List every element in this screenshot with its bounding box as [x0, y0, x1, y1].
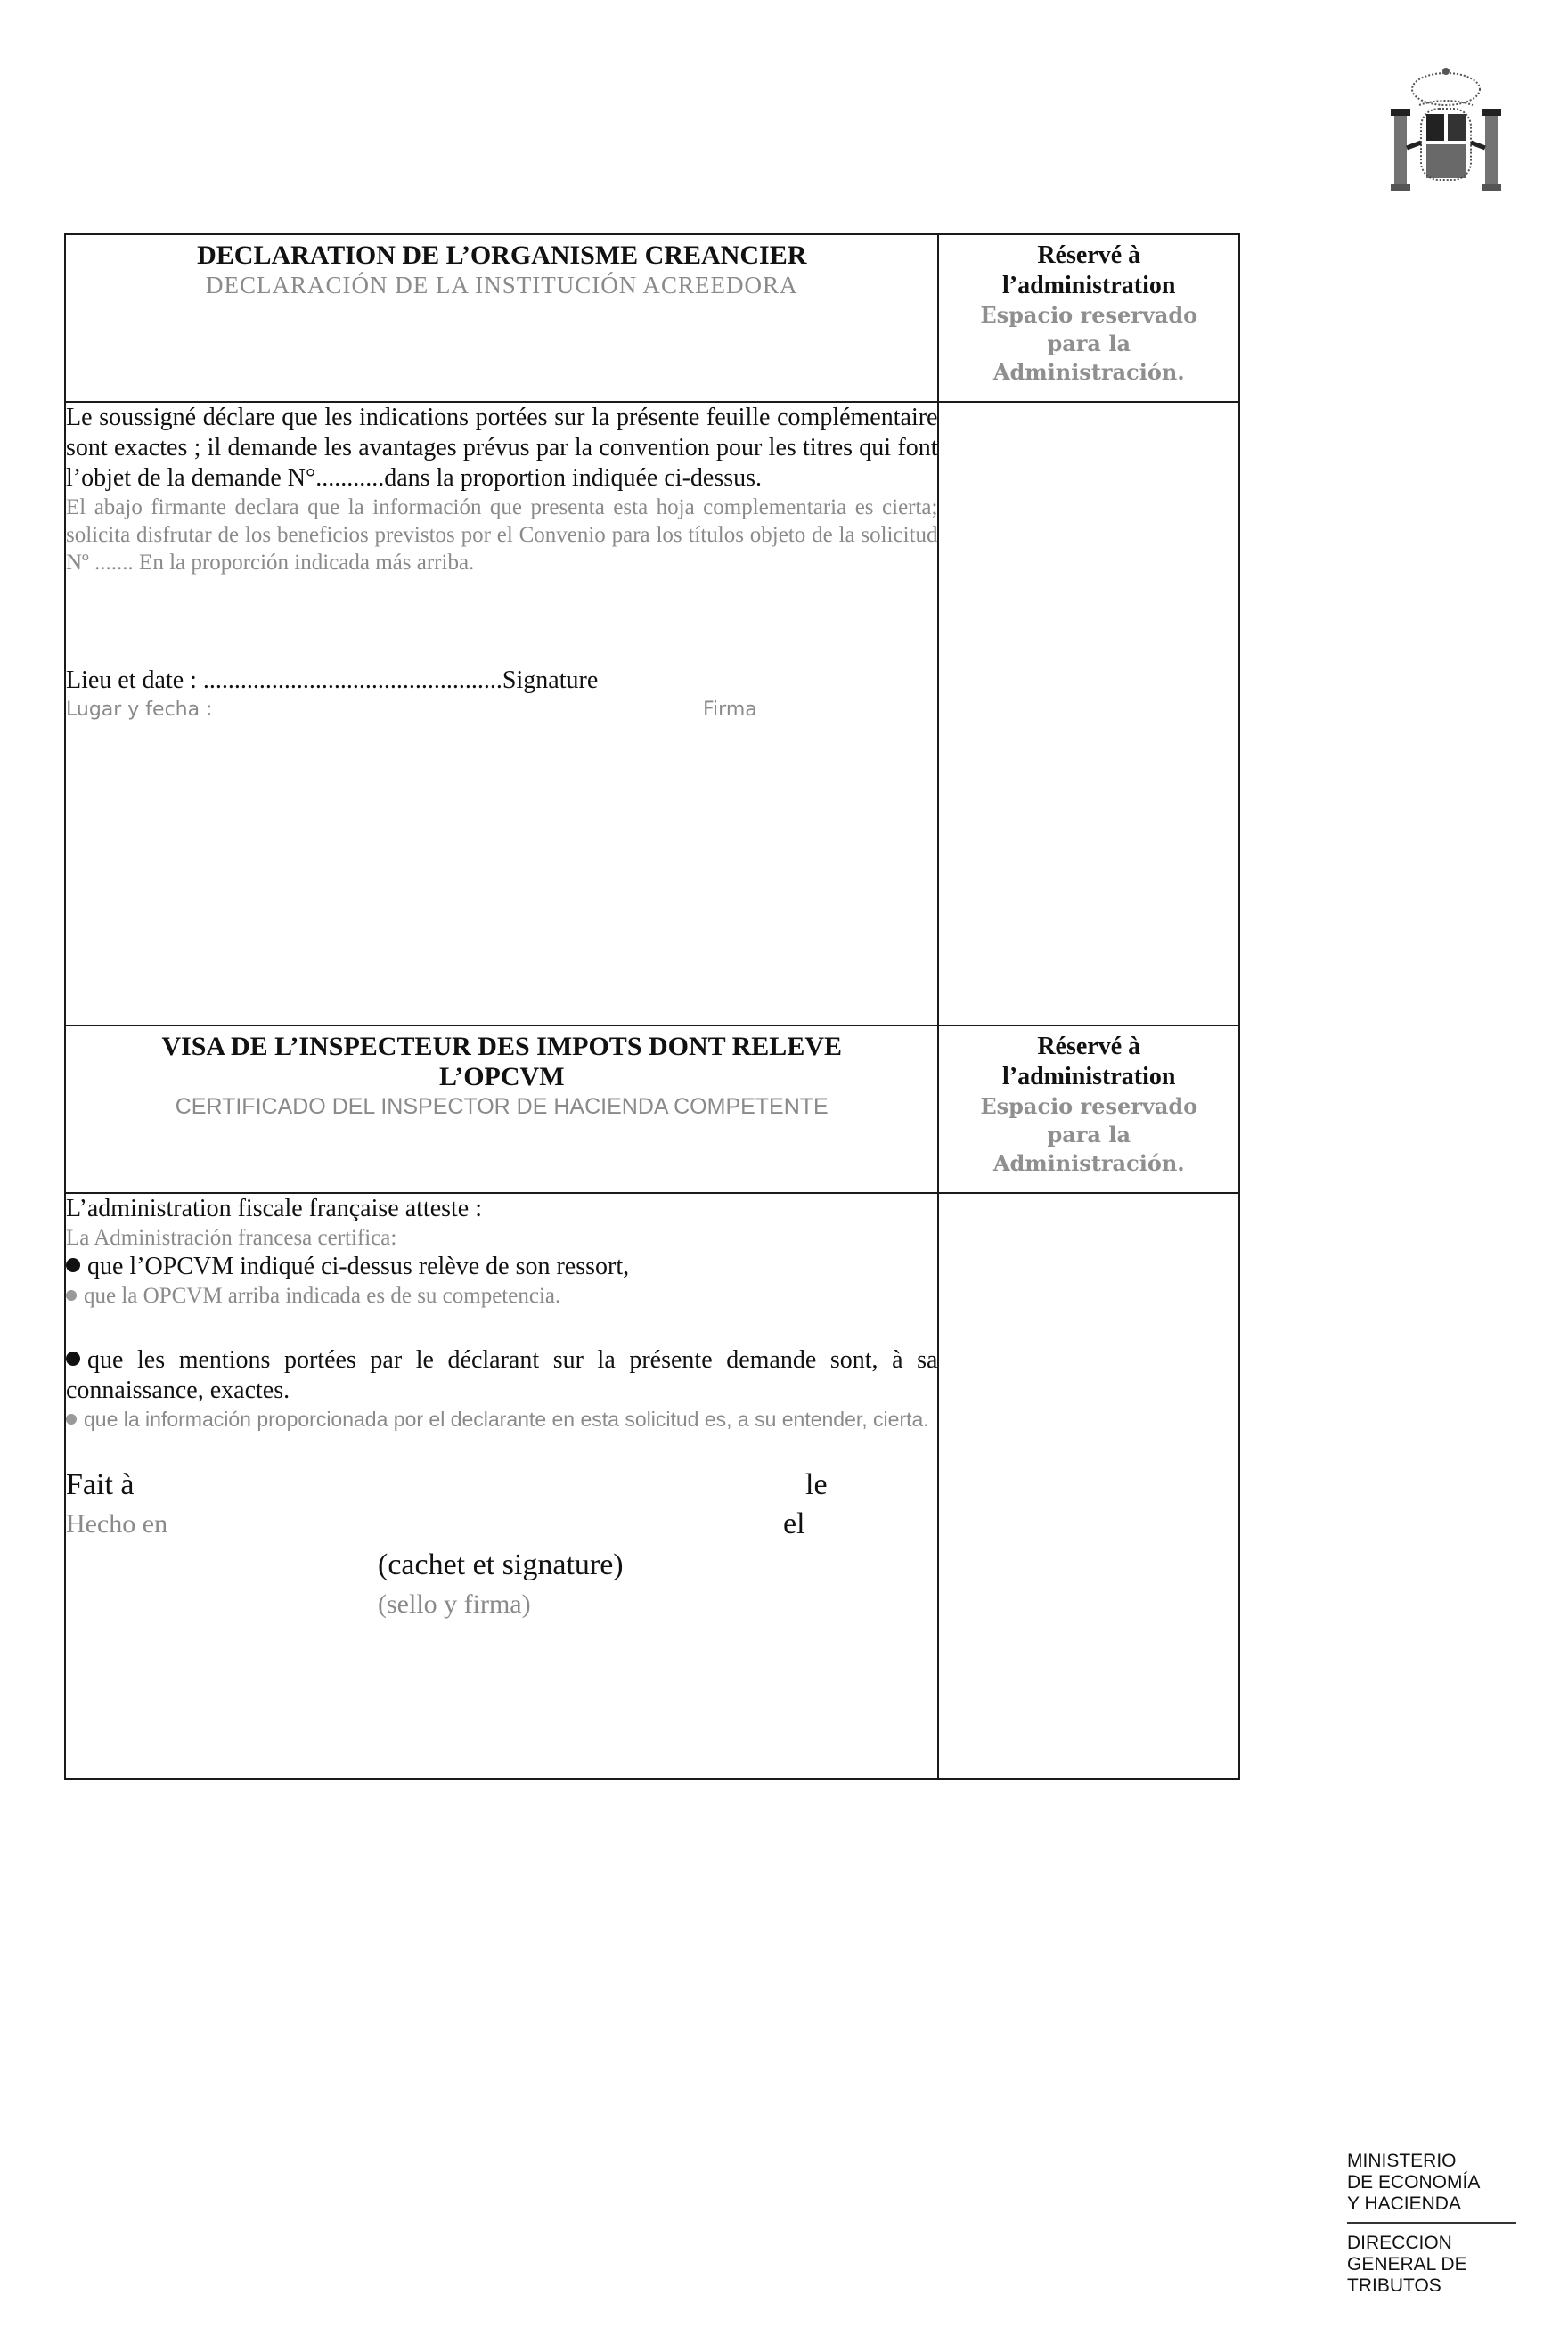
certification-bullet-1-fr: que l’OPCVM indiqué ci-dessus relève de …	[66, 1252, 937, 1282]
department-line-1: DIRECCION	[1347, 2233, 1521, 2254]
place-date-es: Lugar y fecha :	[66, 698, 213, 721]
section1-body-row: Le soussigné déclare que les indications…	[65, 402, 1239, 1025]
admin-reserved-es-3: Administración.	[939, 358, 1238, 387]
certification-intro-fr: L’administration fiscale française attes…	[66, 1194, 937, 1224]
section2-title-cell: VISA DE L’INSPECTEUR DES IMPOTS DONT REL…	[65, 1025, 938, 1193]
bullet-icon	[66, 1352, 80, 1366]
stamp-signature-es: (sello y firma)	[378, 1587, 531, 1622]
certification-bullet-2-es: que la información proporcionada por el …	[66, 1406, 937, 1433]
section1-declaration-cell: Le soussigné déclare que les indications…	[65, 402, 938, 1025]
certification-bullet-2-fr: que les mentions portées par le déclaran…	[66, 1345, 937, 1406]
admin-reserved-es-2: para la	[939, 330, 1238, 358]
bullet-icon	[66, 1414, 77, 1425]
made-at-fr: Fait à	[66, 1467, 134, 1503]
footer-divider	[1347, 2222, 1516, 2224]
stamp-signature-fr: (cachet et signature)	[378, 1548, 624, 1583]
section2-title-es: CERTIFICADO DEL INSPECTOR DE HACIENDA CO…	[66, 1092, 937, 1121]
ministry-line-1: MINISTERIO	[1347, 2151, 1521, 2172]
admin-reserved-es-1: Espacio reservado	[939, 301, 1238, 330]
place-date-label-es: Lugar y fecha : Firma	[66, 696, 937, 724]
section2-body-row: L’administration fiscale française attes…	[65, 1193, 1239, 1779]
section1-title-cell: DECLARATION DE L’ORGANISME CREANCIER DEC…	[65, 234, 938, 402]
section2-admin-cell: Réservé à l’administration Espacio reser…	[938, 1025, 1239, 1193]
ministry-line-2: DE ECONOMÍA	[1347, 2172, 1521, 2193]
department-line-3: TRIBUTOS	[1347, 2275, 1521, 2297]
bullet-icon	[66, 1290, 77, 1301]
section2-title-fr-2: L’OPCVM	[66, 1062, 937, 1092]
certification-bullet-1-es: que la OPCVM arriba indicada es de su co…	[66, 1282, 937, 1310]
section1-header-row: DECLARATION DE L’ORGANISME CREANCIER DEC…	[65, 234, 1239, 402]
admin-reserved-es-1: Espacio reservado	[939, 1092, 1238, 1121]
ministry-line-3: Y HACIENDA	[1347, 2193, 1521, 2215]
place-date-signature-field[interactable]: Lieu et date : .........................…	[66, 666, 937, 696]
admin-reserved-es-3: Administración.	[939, 1149, 1238, 1178]
section2-header-row: VISA DE L’INSPECTEUR DES IMPOTS DONT REL…	[65, 1025, 1239, 1193]
admin-reserved-fr-2: l’administration	[939, 271, 1238, 301]
section2-certification-cell: L’administration fiscale française attes…	[65, 1193, 938, 1779]
declaration-text-es: El abajo firmante declara que la informa…	[66, 494, 937, 576]
declaration-text-fr: Le soussigné déclare que les indications…	[66, 403, 937, 494]
admin-reserved-fr-1: Réservé à	[939, 1032, 1238, 1062]
certification-intro-es: La Administración francesa certifica:	[66, 1224, 937, 1252]
section1-admin-cell: Réservé à l’administration Espacio reser…	[938, 234, 1239, 402]
spain-coat-of-arms-icon	[1384, 62, 1508, 196]
admin-reserved-fr-1: Réservé à	[939, 241, 1238, 271]
place-date-stamp-block: Fait à Hecho en le el (cachet et signatu…	[66, 1467, 937, 1735]
admin-reserved-fr-2: l’administration	[939, 1062, 1238, 1092]
declaration-form-table: DECLARATION DE L’ORGANISME CREANCIER DEC…	[64, 233, 1240, 1780]
date-label-fr: le	[805, 1467, 828, 1503]
made-at-es: Hecho en	[66, 1507, 167, 1542]
date-label-es: el	[783, 1507, 805, 1542]
section1-admin-reserved-area	[938, 402, 1239, 1025]
admin-reserved-es-2: para la	[939, 1121, 1238, 1149]
section2-title-fr-1: VISA DE L’INSPECTEUR DES IMPOTS DONT REL…	[66, 1032, 937, 1062]
ministry-footer: MINISTERIO DE ECONOMÍA Y HACIENDA DIRECC…	[1347, 2151, 1521, 2297]
section2-admin-reserved-area	[938, 1193, 1239, 1779]
department-line-2: GENERAL DE	[1347, 2254, 1521, 2275]
signature-label-es: Firma	[703, 696, 757, 724]
section1-title-es: DECLARACIÓN DE LA INSTITUCIÓN ACREEDORA	[66, 271, 937, 299]
section1-title-fr: DECLARATION DE L’ORGANISME CREANCIER	[66, 241, 937, 271]
bullet-icon	[66, 1258, 80, 1272]
